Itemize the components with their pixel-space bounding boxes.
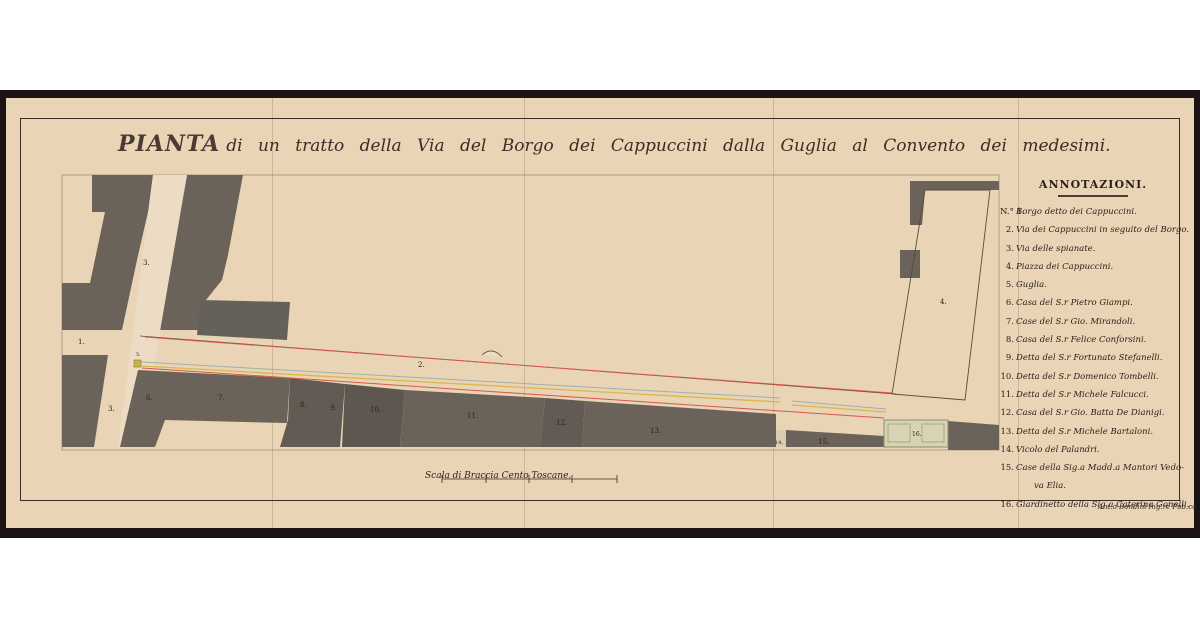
legend-item: 6.Casa del S.r Pietro Giampi. bbox=[1000, 294, 1186, 312]
map-label: 13. bbox=[650, 427, 661, 435]
building-15 bbox=[786, 430, 884, 447]
legend-item: 12.Casa del S.r Gio. Batta De Dianigi. bbox=[1000, 404, 1186, 422]
legend-item: 9.Detta del S.r Fortunato Stefanelli. bbox=[1000, 349, 1186, 367]
map-label: 14. bbox=[775, 440, 783, 446]
map-label: 10. bbox=[370, 406, 381, 414]
building-13 bbox=[582, 401, 776, 447]
legend-rule bbox=[1058, 195, 1128, 197]
title-rest: di un tratto della Via del Borgo dei Cap… bbox=[226, 136, 1110, 156]
signature: Ant.o Bondini Ing.re Pub.co bbox=[1098, 503, 1196, 511]
guglia-5 bbox=[134, 360, 141, 367]
map-label: 6. bbox=[146, 394, 153, 402]
legend-item: 3.Via delle spianate. bbox=[1000, 240, 1186, 258]
map-label: 15. bbox=[818, 438, 829, 446]
legend-item: N.° 1.Borgo detto dei Cappuccini. bbox=[1000, 203, 1186, 221]
legend-list: N.° 1.Borgo detto dei Cappuccini. 2.Via … bbox=[1000, 203, 1186, 514]
legend-item: 5.Guglia. bbox=[1000, 276, 1186, 294]
legend-item: 13.Detta del S.r Michele Bartaloni. bbox=[1000, 423, 1186, 441]
title-main: PIANTA bbox=[118, 131, 220, 157]
map-label: 1. bbox=[78, 338, 85, 346]
legend-item: 15.Case della Sig.a Madd.a Mantori Vedo- bbox=[1000, 459, 1186, 477]
building-8 bbox=[280, 378, 345, 447]
legend-item: 4.Piazza dei Cappuccini. bbox=[1000, 258, 1186, 276]
map-label: 3. bbox=[143, 259, 150, 267]
legend-heading: ANNOTAZIONI. bbox=[1000, 178, 1186, 191]
scale-caption: Scala di Braccia Cento Toscane. bbox=[425, 471, 571, 481]
map-label: 8. bbox=[300, 401, 307, 409]
map-label: 16. bbox=[912, 431, 922, 438]
scale-label: Scala di Braccia Cento Toscane. bbox=[437, 463, 571, 482]
map-label: 3. bbox=[108, 405, 115, 413]
map-label: 5. bbox=[136, 352, 141, 358]
map-label: 12. bbox=[556, 419, 567, 427]
building-block bbox=[197, 300, 290, 340]
legend-item-continued: va Elia. bbox=[1000, 477, 1186, 495]
map-label: 2. bbox=[418, 361, 425, 369]
building-block bbox=[948, 421, 999, 450]
legend-item: 14.Vicolo del Palandri. bbox=[1000, 441, 1186, 459]
legend-item: 7.Case del S.r Gio. Mirandoli. bbox=[1000, 313, 1186, 331]
map-label: 4. bbox=[940, 298, 947, 306]
map-title: PIANTAdi un tratto della Via del Borgo d… bbox=[118, 131, 1111, 157]
piazza-4 bbox=[892, 190, 990, 400]
building-6-7 bbox=[120, 370, 290, 447]
annotations-legend: ANNOTAZIONI. N.° 1.Borgo detto dei Cappu… bbox=[1000, 178, 1186, 514]
map-label: 11. bbox=[467, 412, 478, 420]
building-block bbox=[900, 250, 920, 278]
legend-item: 11.Detta del S.r Michele Falcucci. bbox=[1000, 386, 1186, 404]
legend-item: 8.Casa del S.r Felice Conforsini. bbox=[1000, 331, 1186, 349]
map-label: 7. bbox=[218, 394, 225, 402]
building-block bbox=[62, 355, 108, 447]
map-label: 9. bbox=[330, 404, 337, 412]
legend-item: 10.Detta del S.r Domenico Tombelli. bbox=[1000, 368, 1186, 386]
building-9-10 bbox=[342, 384, 405, 447]
legend-item: 2.Via dei Cappuccini in seguito del Borg… bbox=[1000, 221, 1186, 239]
